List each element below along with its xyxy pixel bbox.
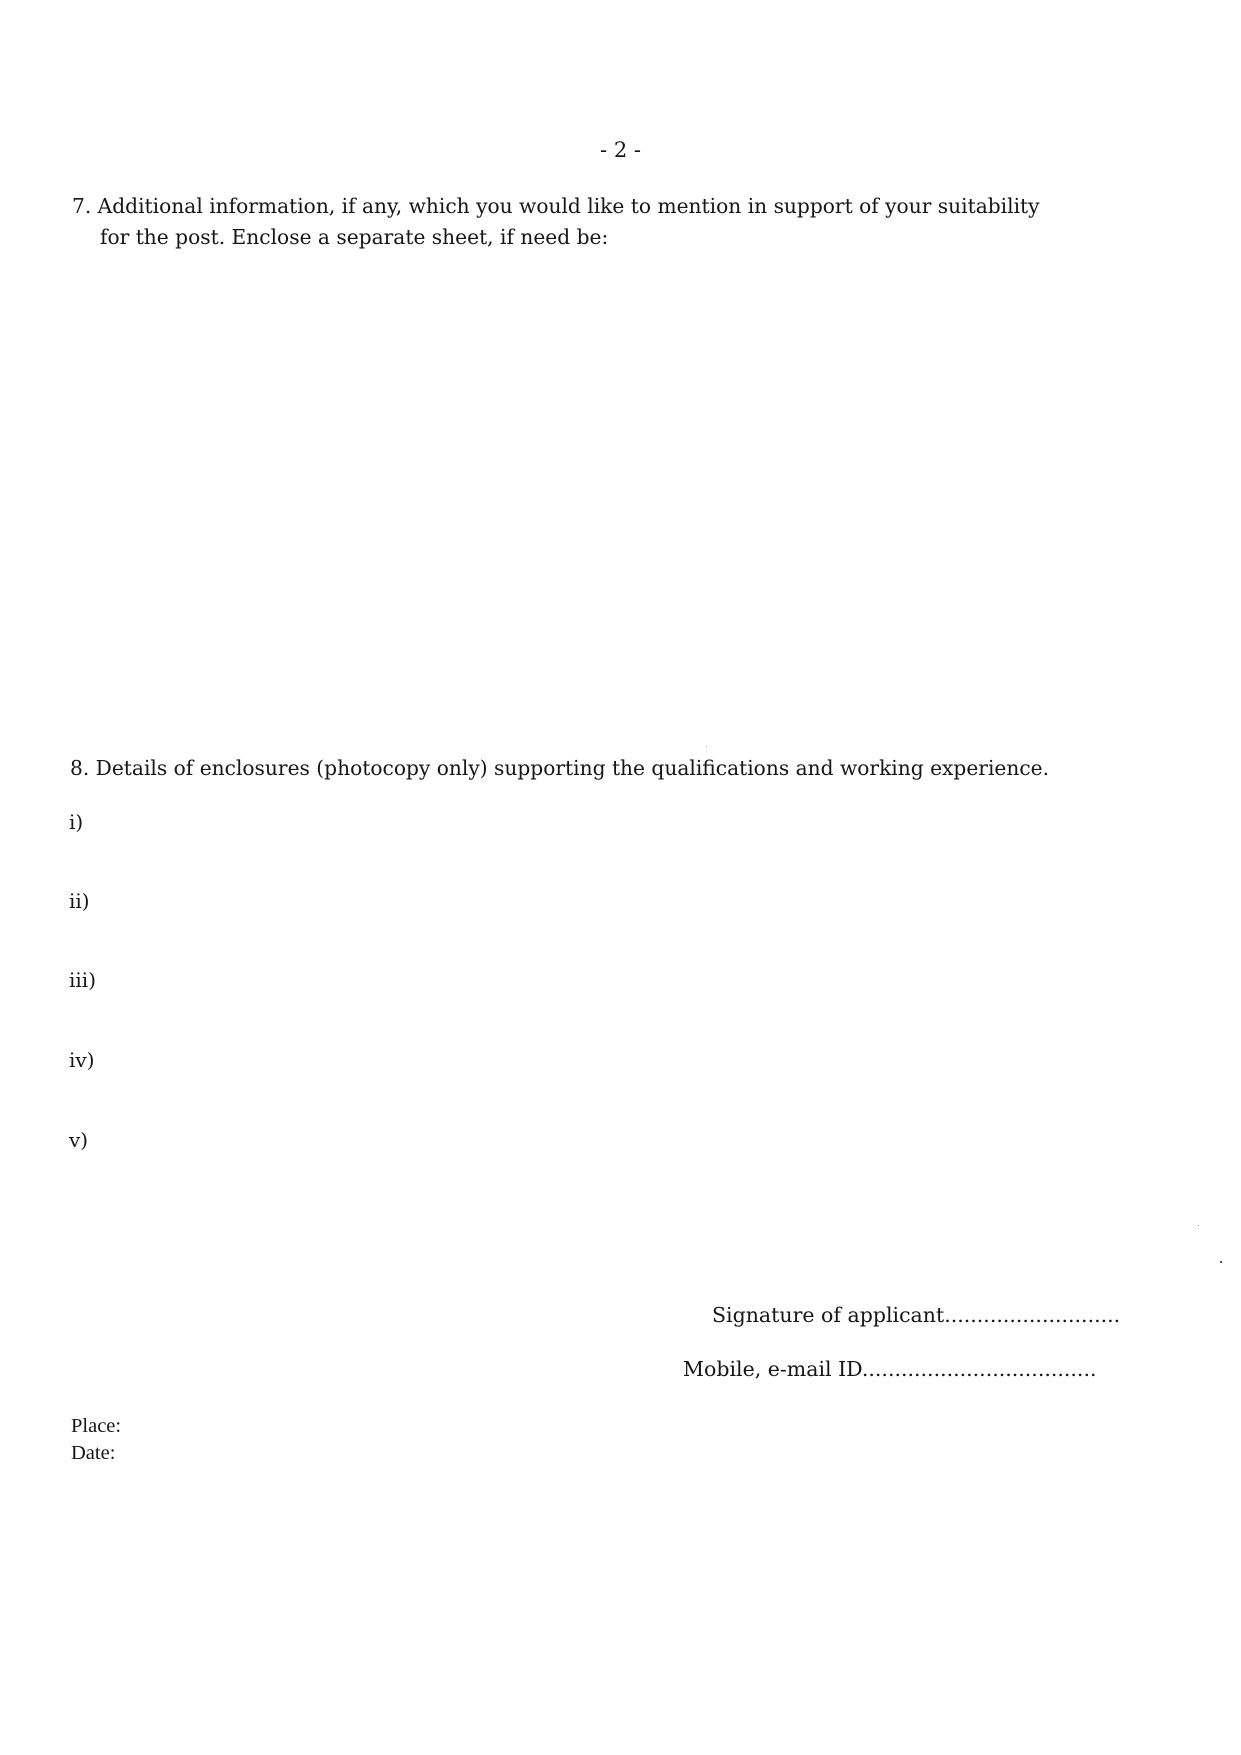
scan-speck	[1198, 1225, 1199, 1226]
date-label: Date:	[71, 1443, 115, 1464]
page-number: - 2 -	[0, 140, 1241, 161]
enclosure-label: v)	[69, 1130, 88, 1150]
enclosure-label: ii)	[69, 891, 90, 911]
item-7-line-1: 7. Additional information, if any, which…	[72, 196, 1040, 216]
signature-line: Signature of applicant..................…	[712, 1305, 1120, 1326]
item-7-line-2: for the post. Enclose a separate sheet, …	[100, 227, 608, 247]
place-label: Place:	[71, 1416, 121, 1437]
item-8-heading: 8. Details of enclosures (photocopy only…	[70, 758, 1049, 778]
item-7-answer-area	[72, 260, 1152, 740]
scan-speck	[706, 746, 707, 747]
enclosure-label: iv)	[69, 1050, 95, 1070]
mobile-email-line: Mobile, e-mail ID.......................…	[683, 1359, 1096, 1380]
enclosure-label: iii)	[69, 970, 96, 990]
enclosure-label: i)	[69, 812, 83, 832]
scan-speck	[1220, 1261, 1222, 1263]
